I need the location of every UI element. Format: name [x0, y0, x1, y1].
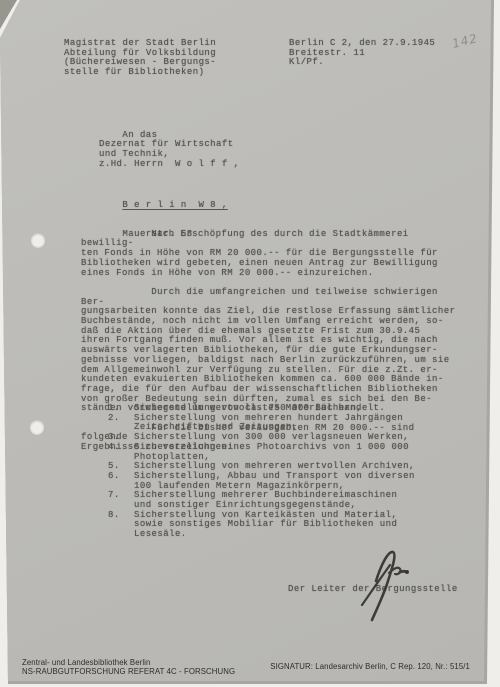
sender-address-block: Magistrat der Stadt Berlin Abteilung für…	[64, 39, 216, 78]
recipient-lines: An das Dezernat für Wirtschaft und Techn…	[99, 130, 239, 169]
punch-hole-top	[31, 233, 45, 247]
archive-signatur: SIGNATUR: Landesarchiv Berlin, C Rep. 12…	[240, 662, 470, 671]
body-paragraph-1: Nach Erschöpfung des durch die Stadtkämm…	[81, 229, 438, 278]
archive-stamp-left: Zentral- und Landesbibliothek Berlin NS-…	[22, 658, 235, 677]
list-item-number: 7.	[108, 491, 134, 510]
recipient-city-line: B e r l i n W 8 ,	[122, 200, 227, 210]
list-item-number: 2.	[108, 414, 134, 433]
list-item-text: Sicherstellung, Abbau und Transport von …	[134, 472, 458, 491]
list-item-number: 8.	[108, 511, 134, 540]
archive-department: NS-RAUBGUTFORSCHUNG REFERAT 4C - FORSCHU…	[22, 667, 235, 676]
list-item: 8. Sicherstellung von Karteikästen und M…	[108, 511, 458, 540]
list-item-number: 6.	[108, 472, 134, 491]
date-reference-block: Berlin C 2, den 27.9.1945 Breitestr. 11 …	[289, 39, 435, 68]
list-item-text: Sicherstellung eines Photoarchivs von 1 …	[134, 443, 458, 462]
list-item-text: Sicherstellung von mehreren hundert Jahr…	[134, 414, 458, 433]
address-spacer	[99, 179, 239, 191]
punch-hole-bottom	[30, 420, 44, 434]
body-paragraph-2: Durch die umfangreichen und teilweise sc…	[81, 287, 455, 413]
scanned-letter-page: 142 Magistrat der Stadt Berlin Abteilung…	[0, 0, 500, 687]
list-item-number: 4.	[108, 443, 134, 462]
list-item: 7. Sicherstellung mehrerer Buchbindereim…	[108, 491, 458, 510]
handwritten-signature	[352, 545, 448, 625]
results-list: 1. Sicherstellung von ca. 750 000 Bücher…	[108, 404, 458, 540]
list-item: 6. Sicherstellung, Abbau und Transport v…	[108, 472, 458, 491]
list-item: 2. Sicherstellung von mehreren hundert J…	[108, 414, 458, 433]
list-item: 4. Sicherstellung eines Photoarchivs von…	[108, 443, 458, 462]
list-item-text: Sicherstellung von Karteikästen und Mate…	[134, 511, 458, 540]
list-item-text: Sicherstellung mehrerer Buchbindereimasc…	[134, 491, 458, 510]
archive-institution: Zentral- und Landesbibliothek Berlin	[22, 658, 235, 667]
